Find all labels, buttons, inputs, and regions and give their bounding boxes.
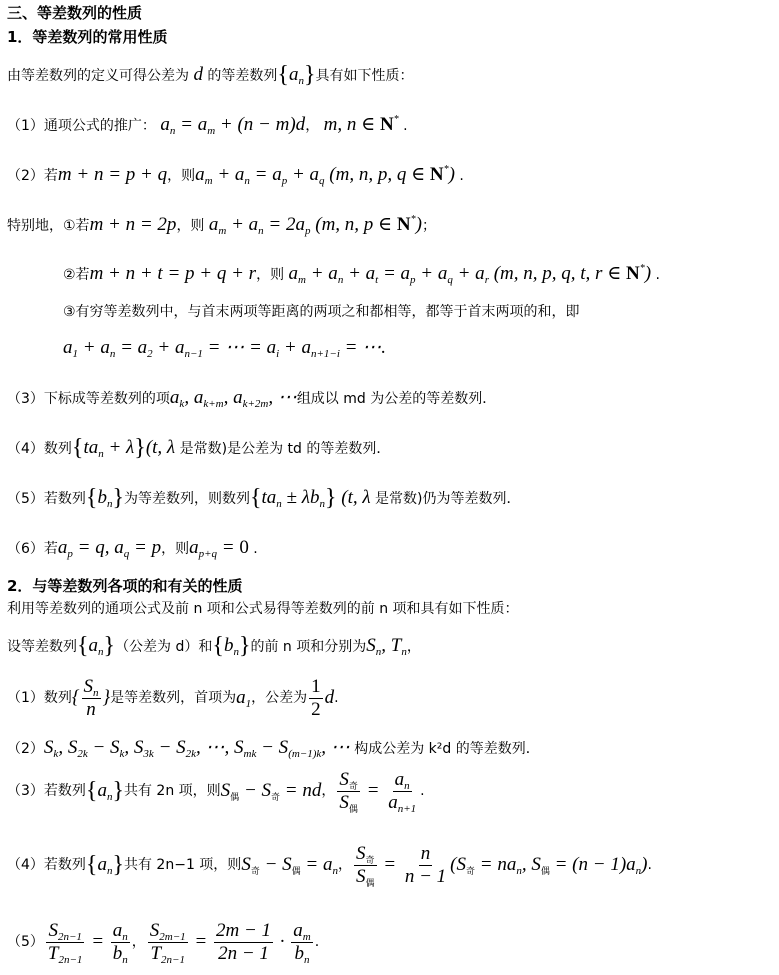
property-1: （1）通项公式的推广： an = am + (n − m)d， m, n ∈ N… bbox=[7, 115, 408, 136]
intro-text-post: 具有如下性质： bbox=[315, 68, 413, 84]
math-formula: S偶 − S奇 = nd bbox=[221, 781, 322, 801]
part2-heading: 2．与等差数列各项的和有关的性质 bbox=[7, 576, 242, 596]
property-label: （3）下标成等差数列的项 bbox=[7, 391, 170, 407]
part1-heading: 1．等差数列的常用性质 bbox=[7, 27, 167, 47]
math-seq-bn: {bn} bbox=[86, 487, 124, 508]
property-label: （3）若数列 bbox=[7, 781, 86, 801]
intro-text: 由等差数列的定义可得公差为 bbox=[7, 68, 189, 84]
special-label: 特别地，①若 bbox=[7, 218, 90, 234]
then-text: ，则 bbox=[167, 168, 195, 184]
math-condition: m + n = p + q bbox=[58, 164, 167, 185]
math-condition: ap = q, aq = p bbox=[58, 537, 161, 558]
sum-property-3: （3）若数列 {an} 共有 2n 项，则 S偶 − S奇 = nd， S奇S偶… bbox=[7, 768, 425, 814]
math-frac-sn-over-n: {Snn} bbox=[72, 676, 110, 721]
special-case-3-text: ③有穷等差数列中，与首末两项等距离的两项之和都相等，都等于首末两项的和，即 bbox=[63, 302, 580, 322]
math-formula: S奇 − S偶 = an bbox=[241, 855, 338, 875]
math-sums: Sn, Tn bbox=[366, 635, 407, 656]
special-label: ②若 bbox=[63, 267, 90, 283]
math-condition: m + n = 2p bbox=[90, 214, 177, 235]
math-condition: m + n + t = p + q + r bbox=[90, 263, 257, 284]
math-half: 12 bbox=[307, 676, 325, 721]
property-label: （4）若数列 bbox=[7, 855, 86, 875]
math-formula: {tan + λ}(t, λ bbox=[72, 437, 175, 458]
property-label: （5）若数列 bbox=[7, 491, 86, 507]
math-formula: a1 + an = a2 + an−1 = ⋯ = ai + an+1−i = … bbox=[63, 337, 386, 358]
math-d: d bbox=[325, 688, 335, 708]
property-label: （1）通项公式的推广： bbox=[7, 118, 156, 134]
math-ratio-1: S2n−1T2n−1 = anbn bbox=[44, 920, 132, 965]
math-d: d bbox=[193, 64, 203, 85]
property-6: （6）若ap = q, aq = p，则ap+q = 0 . bbox=[7, 538, 258, 559]
math-result: ap+q = 0 bbox=[189, 537, 249, 558]
property-text: 是公差为 td 的等差数列． bbox=[227, 441, 390, 457]
math-seq-an: {an} bbox=[77, 635, 115, 656]
section-title: 三、等差数列的性质 bbox=[7, 3, 142, 23]
math-formula: Sk, S2k − Sk, S3k − S2k, ⋯, Smk − S(m−1)… bbox=[44, 737, 350, 758]
setup-text-mid2: 的前 n 项和分别为 bbox=[250, 639, 366, 655]
math-condition: m, n ∈ N* bbox=[324, 114, 399, 135]
math-seq-bn: {bn} bbox=[212, 635, 250, 656]
math-terms: ak, ak+m, ak+2m, ⋯ bbox=[170, 387, 297, 408]
part1-intro: 由等差数列的定义可得公差为 d 的等差数列{an}具有如下性质： bbox=[7, 65, 413, 86]
sum-property-4: （4）若数列 {an} 共有 2n−1 项，则 S奇 − S偶 = an， S奇… bbox=[7, 842, 652, 888]
math-a1: a1 bbox=[236, 688, 251, 708]
math-ratio: S奇S偶 = anan+1 bbox=[335, 769, 420, 814]
intro-text-mid: 的等差数列 bbox=[207, 68, 277, 84]
sum-property-5: （5） S2n−1T2n−1 = anbn， S2m−1T2n−1 = 2m −… bbox=[7, 918, 319, 966]
property-text: 共有 2n 项，则 bbox=[124, 781, 221, 801]
part2-intro: 利用等差数列的通项公式及前 n 项和公式易得等差数列的前 n 项和具有如下性质： bbox=[7, 599, 519, 619]
property-text: 构成公差为 k²d 的等差数列． bbox=[354, 741, 540, 757]
part2-setup: 设等差数列{an}（公差为 d）和{bn}的前 n 项和分别为Sn, Tn， bbox=[7, 636, 421, 657]
property-label: （2）若 bbox=[7, 168, 58, 184]
special-case-3-formula: a1 + an = a2 + an−1 = ⋯ = ai + an+1−i = … bbox=[63, 338, 386, 359]
math-formula: am + an + at = ap + aq + ar (m, n, p, q,… bbox=[289, 263, 652, 284]
math-formula: {tan ± λbn} (t, λ bbox=[250, 487, 371, 508]
math-formula: am + an = 2ap (m, n, p ∈ N*) bbox=[209, 214, 422, 235]
math-formula: am + an = ap + aq (m, n, p, q ∈ N*) bbox=[195, 164, 455, 185]
sum-property-1: （1）数列 {Snn} 是等差数列，首项为 a1 ，公差为 12 d . bbox=[7, 676, 339, 720]
property-2: （2）若m + n = p + q，则am + an = ap + aq (m,… bbox=[7, 165, 464, 186]
math-seq-an: {an} bbox=[277, 64, 315, 85]
math-seq-an: {an} bbox=[86, 855, 124, 875]
property-text-diff: ，公差为 bbox=[251, 688, 307, 708]
special-case-2: ②若m + n + t = p + q + r，则 am + an + at =… bbox=[63, 264, 660, 285]
setup-text: 设等差数列 bbox=[7, 639, 77, 655]
property-label: （4）数列 bbox=[7, 441, 72, 457]
math-formula: an = am + (n − m)d bbox=[160, 114, 305, 135]
property-label: （5） bbox=[7, 932, 44, 952]
property-3: （3）下标成等差数列的项ak, ak+m, ak+2m, ⋯组成以 md 为公差… bbox=[7, 388, 496, 409]
property-label: （1）数列 bbox=[7, 688, 72, 708]
math-ratio: S奇S偶 = nn − 1(S奇 = nan, S偶 = (n − 1)an) bbox=[352, 843, 647, 888]
special-case-1: 特别地，①若m + n = 2p，则 am + an = 2ap (m, n, … bbox=[7, 215, 436, 236]
property-text: 组成以 md 为公差的等差数列． bbox=[297, 391, 496, 407]
property-5: （5）若数列{bn}为等差数列，则数列{tan ± λbn} (t, λ 是常数… bbox=[7, 488, 521, 509]
property-4: （4）数列{tan + λ}(t, λ 是常数)是公差为 td 的等差数列． bbox=[7, 438, 390, 459]
setup-text-mid1: （公差为 d）和 bbox=[115, 639, 212, 655]
property-text: 共有 2n−1 项，则 bbox=[124, 855, 241, 875]
property-text: 为等差数列，则数列 bbox=[124, 491, 250, 507]
property-text-post: 仍为等差数列． bbox=[423, 491, 521, 507]
property-label: （6）若 bbox=[7, 541, 58, 557]
property-label: （2） bbox=[7, 741, 44, 757]
then-text: ，则 bbox=[161, 541, 189, 557]
math-ratio-2: S2m−1T2n−1 = 2m − 12n − 1 · ambn bbox=[146, 920, 315, 965]
math-seq-an: {an} bbox=[86, 781, 124, 801]
property-text: 是等差数列，首项为 bbox=[110, 688, 236, 708]
sum-property-2: （2）Sk, S2k − Sk, S3k − S2k, ⋯, Smk − S(m… bbox=[7, 738, 540, 759]
